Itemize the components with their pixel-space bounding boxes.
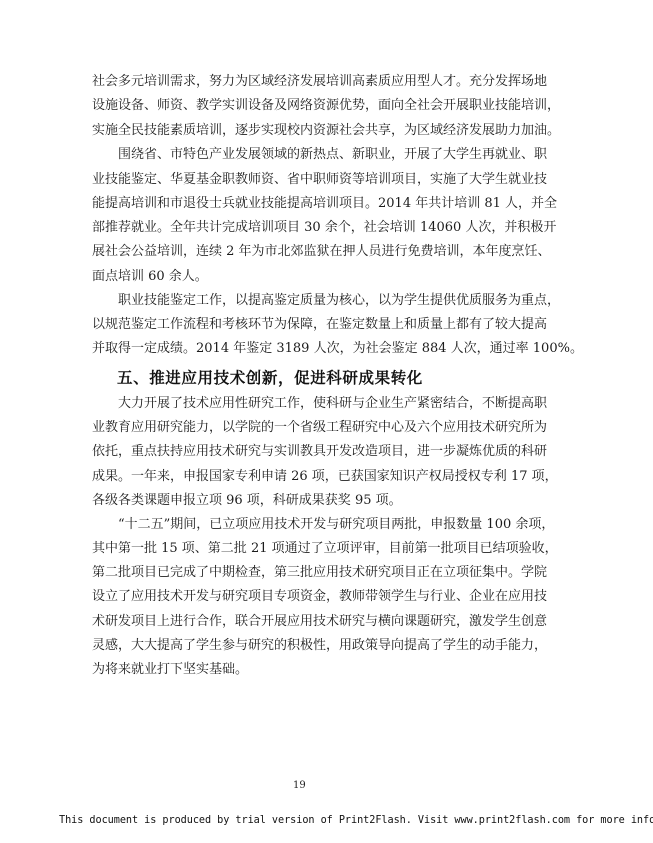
paragraph-line: 成果。一年来，申报国家专利申请 26 项，已获国家知识产权局授权专利 17 项， bbox=[92, 467, 506, 487]
paragraph-line: 能提高培训和市退役士兵就业技能提高培训项目。2014 年共计培训 81 人，并全 bbox=[92, 194, 506, 214]
paragraph-line: 依托，重点扶持应用技术研究与实训教具开发改造项目，进一步凝炼优质的科研 bbox=[92, 442, 506, 462]
paragraph-line: 灵感，大大提高了学生参与研究的积极性，用政策导向提高了学生的动手能力， bbox=[92, 636, 506, 656]
paragraph-line: 社会多元培训需求，努力为区域经济发展培训高素质应用型人才。充分发挥场地 bbox=[92, 72, 506, 92]
paragraph-line: 部推荐就业。全年共计完成培训项目 30 余个，社会培训 14060 人次，并积极… bbox=[92, 218, 506, 238]
paragraph-line: 业教育应用研究能力，以学院的一个省级工程研究中心及六个应用技术研究所为 bbox=[92, 418, 506, 438]
paragraph-line: 设施设备、师资、教学实训设备及网络资源优势，面向全社会开展职业技能培训， bbox=[92, 96, 506, 116]
document-page: 社会多元培训需求，努力为区域经济发展培训高素质应用型人才。充分发挥场地 设施设备… bbox=[0, 0, 653, 843]
paragraph-line: 实施全民技能素质培训，逐步实现校内资源社会共享，为区域经济发展助力加油。 bbox=[92, 121, 506, 141]
paragraph-line: 第二批项目已完成了中期检查，第三批应用技术研究项目正在立项征集中。学院 bbox=[92, 563, 506, 583]
section-heading: 五、推进应用技术创新，促进科研成果转化 bbox=[117, 367, 423, 389]
trial-version-notice: This document is produced by trial versi… bbox=[59, 813, 653, 829]
page-number: 19 bbox=[293, 779, 306, 793]
paragraph-line: 为将来就业打下坚实基础。 bbox=[92, 660, 506, 680]
paragraph-line: 其中第一批 15 项、第二批 21 项通过了立项评审，目前第一批项目已结项验收， bbox=[92, 539, 506, 559]
paragraph-line: 展社会公益培训，连续 2 年为市北郊监狱在押人员进行免费培训，本年度烹饪、 bbox=[92, 242, 506, 262]
paragraph-line: 设立了应用技术开发与研究项目专项资金，教师带领学生与行业、企业在应用技 bbox=[92, 587, 506, 607]
paragraph-line: 并取得一定成绩。2014 年鉴定 3189 人次，为社会鉴定 884 人次，通过… bbox=[92, 339, 506, 359]
paragraph-line: 各级各类课题申报立项 96 项，科研成果获奖 95 项。 bbox=[92, 491, 506, 511]
paragraph-line: 以规范鉴定工作流程和考核环节为保障，在鉴定数量上和质量上都有了较大提高 bbox=[92, 315, 506, 335]
paragraph-line: 职业技能鉴定工作，以提高鉴定质量为核心，以为学生提供优质服务为重点， bbox=[118, 291, 506, 311]
paragraph-line: 面点培训 60 余人。 bbox=[92, 267, 506, 287]
paragraph-line: “十二五”期间，已立项应用技术开发与研究项目两批，申报数量 100 余项， bbox=[118, 515, 506, 535]
paragraph-line: 业技能鉴定、华夏基金职教师资、省中职师资等培训项目，实施了大学生就业技 bbox=[92, 170, 506, 190]
paragraph-line: 围绕省、市特色产业发展领域的新热点、新职业，开展了大学生再就业、职 bbox=[118, 145, 506, 165]
paragraph-line: 大力开展了技术应用性研究工作，使科研与企业生产紧密结合，不断提高职 bbox=[118, 394, 506, 414]
paragraph-line: 术研发项目上进行合作，联合开展应用技术研究与横向课题研究，激发学生创意 bbox=[92, 612, 506, 632]
